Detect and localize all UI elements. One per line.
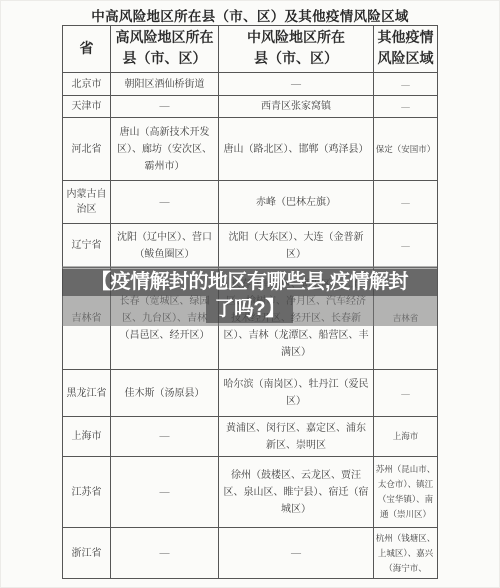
- cell-medium-risk: 哈尔滨（南岗区）、牡丹江（爱民区）: [219, 370, 374, 417]
- cell-province: 浙江省: [63, 528, 111, 579]
- cell-other: —: [374, 181, 438, 224]
- cell-other: 苏州（昆山市、太仓市）、镇江（宝华镇）、南通（崇川区）: [374, 457, 438, 528]
- cell-medium-risk: 西青区张家窝镇: [219, 96, 374, 118]
- cell-other: —: [374, 370, 438, 417]
- cell-province: 河北省: [63, 118, 111, 181]
- cell-high-risk: —: [111, 457, 219, 528]
- table-row: 河北省 唐山（高新技术开发区）、廊坊（安次区、霸州市） 唐山（路北区）、邯郸（鸡…: [63, 118, 438, 181]
- header-medium-risk: 中风险地区所在 县（市、区）: [219, 26, 374, 73]
- cell-province: 北京市: [63, 73, 111, 96]
- cell-province: 江苏省: [63, 457, 111, 528]
- page-title: 中高风险地区所在县（市、区）及其他疫情风险区域: [0, 5, 500, 25]
- cell-high-risk: 唐山（高新技术开发区）、廊坊（安次区、霸州市）: [111, 118, 219, 181]
- cell-high-risk: —: [111, 96, 219, 118]
- cell-medium-risk: —: [219, 73, 374, 96]
- header-other: 其他疫情 风险区域: [374, 26, 438, 73]
- cell-province: 辽宁省: [63, 224, 111, 268]
- cell-medium-risk: —: [219, 528, 374, 579]
- table-row: 浙江省 — — 杭州（钱塘区、上城区）、嘉兴（海宁市、: [63, 528, 438, 579]
- cell-other: 上海市: [374, 417, 438, 457]
- watermark-overlay: 【疫情解封的地区有哪些县,疫情解封 了吗?】: [62, 266, 437, 326]
- cell-high-risk: —: [111, 417, 219, 457]
- table-row: 辽宁省 沈阳（辽中区）、营口（鲅鱼圈区） 沈阳（大东区）、大连（金普新区） —: [63, 224, 438, 268]
- cell-other: 保定（安国市）: [374, 118, 438, 181]
- table-row: 天津市 — 西青区张家窝镇 —: [63, 96, 438, 118]
- cell-medium-risk: 徐州（鼓楼区、云龙区、贾汪区、泉山区、睢宁县）、宿迁（宿城区）: [219, 457, 374, 528]
- cell-other: 杭州（钱塘区、上城区）、嘉兴（海宁市、: [374, 528, 438, 579]
- cell-medium-risk: 唐山（路北区）、邯郸（鸡泽县）: [219, 118, 374, 181]
- cell-high-risk: 朝阳区酒仙桥街道: [111, 73, 219, 96]
- cell-other: —: [374, 224, 438, 268]
- table-row: 江苏省 — 徐州（鼓楼区、云龙区、贾汪区、泉山区、睢宁县）、宿迁（宿城区） 苏州…: [63, 457, 438, 528]
- cell-province: 上海市: [63, 417, 111, 457]
- table-row: 上海市 — 黄浦区、闵行区、嘉定区、浦东新区、崇明区 上海市: [63, 417, 438, 457]
- table-row: 北京市 朝阳区酒仙桥街道 — —: [63, 73, 438, 96]
- cell-province: 内蒙古自治区: [63, 181, 111, 224]
- cell-high-risk: —: [111, 528, 219, 579]
- header-province: 省: [63, 26, 111, 73]
- cell-province: 黑龙江省: [63, 370, 111, 417]
- cell-high-risk: 佳木斯（汤原县）: [111, 370, 219, 417]
- cell-high-risk: 沈阳（辽中区）、营口（鲅鱼圈区）: [111, 224, 219, 268]
- cell-high-risk: —: [111, 181, 219, 224]
- cell-province: 天津市: [63, 96, 111, 118]
- watermark-text-line2: 了吗?】: [206, 296, 292, 323]
- cell-medium-risk: 沈阳（大东区）、大连（金普新区）: [219, 224, 374, 268]
- header-high-risk: 高风险地区所在 县（市、区）: [111, 26, 219, 73]
- table-row: 黑龙江省 佳木斯（汤原县） 哈尔滨（南岗区）、牡丹江（爱民区） —: [63, 370, 438, 417]
- cell-medium-risk: 赤峰（巴林左旗）: [219, 181, 374, 224]
- watermark-text-line1: 【疫情解封的地区有哪些县,疫情解封: [62, 269, 437, 296]
- document-page: 中高风险地区所在县（市、区）及其他疫情风险区域 省 高风险地区所在 县（市、区）…: [0, 0, 500, 588]
- table-row: 内蒙古自治区 — 赤峰（巴林左旗） —: [63, 181, 438, 224]
- table-header-row: 省 高风险地区所在 县（市、区） 中风险地区所在 县（市、区） 其他疫情 风险区…: [63, 26, 438, 73]
- cell-other: —: [374, 73, 438, 96]
- cell-other: —: [374, 96, 438, 118]
- cell-medium-risk: 黄浦区、闵行区、嘉定区、浦东新区、崇明区: [219, 417, 374, 457]
